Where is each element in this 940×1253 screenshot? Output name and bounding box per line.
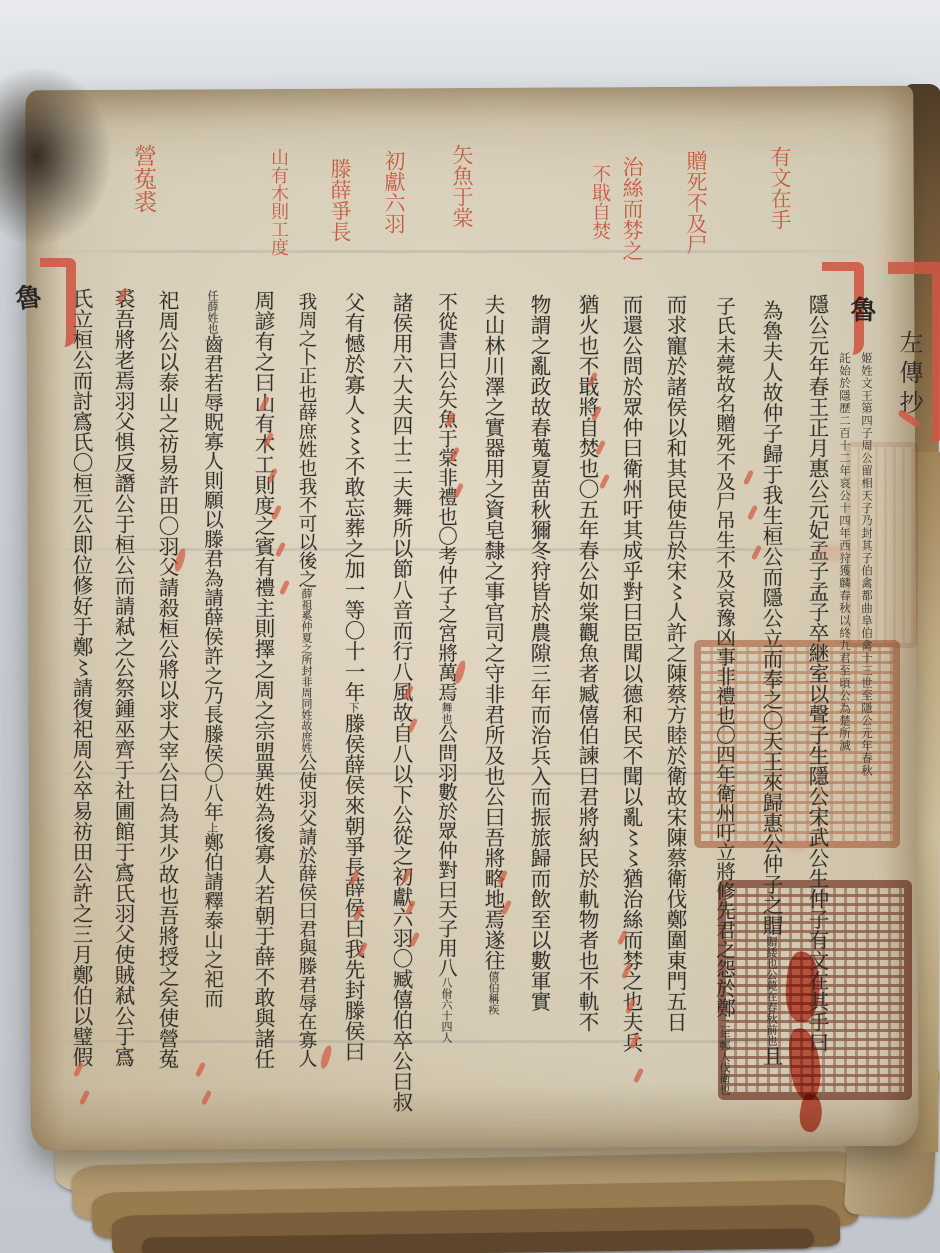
red-header: 贈死不及尸	[684, 150, 707, 255]
state-label-lu-right: 魯	[843, 296, 880, 322]
manuscript-column: 物謂之亂政故春蒐夏苗秋獮冬狩皆於農隙三年而治兵入而振旅歸而飲至以數軍實	[528, 294, 550, 1012]
faint-orange-seal-trace	[846, 442, 908, 638]
red-header: 營菟裘	[128, 144, 158, 213]
red-header: 滕薛爭長	[328, 158, 351, 242]
manuscript-column: 為魯夫人故仲子歸于我生桓公而隱公立而奉之〇天王來歸惠公仲子之賵賵緌也公薨在春秋前…	[760, 300, 782, 1066]
manuscript-column: 我周之卜正也薛庶姓也我不可以後之薛祖奚仲夏之所封非周同姓故庶姓公使羽父請於薛侯曰…	[296, 292, 316, 1068]
manuscript-column: 猶火也不戢將自焚也〇五年春公如棠觀魚者臧僖伯諫曰君將納民於軌物者也不軌不	[576, 294, 598, 1032]
red-ink-smudge	[786, 838, 808, 852]
state-label-lu-left: 魯	[7, 282, 47, 312]
manuscript-column: 不從書曰公矢魚于棠非禮也〇考仲子之宮將萬焉舞也公問羽數於眾仲對曰天子用八八佾六十…	[436, 292, 457, 1043]
manuscript-column: 祀周公以泰山之祊易許田〇羽父請殺桓公將以求大宰公曰為其少故也吾將授之矣使營菟	[156, 290, 178, 1069]
manuscript-column: 裘吾將老焉羽父惧反譖公于桓公而請弒之公祭鍾巫齊于社圃館于寪氏羽父使賊弒公于寪	[112, 288, 134, 1067]
manuscript-column: 而求寵於諸侯以和其民使告於宋〻人許之陳蔡方睦於衛故宋陳蔡衛伐鄭圍東門五日	[664, 294, 686, 1032]
manuscript-column: 隱公元年春王正月惠公元妃孟子孟子卒継室以聲子生隱公宋武公生仲子有文在其手曰	[806, 294, 828, 1053]
page-corner-shadow	[0, 66, 112, 246]
red-header: 有文在手	[768, 146, 791, 230]
red-header: 山有木則工度	[268, 148, 288, 256]
red-header: 初獻六羽	[382, 150, 405, 234]
manuscript-column: 任薛姓也齒君若辱貺寡人則願以滕君為請薛侯許之乃長滕侯〇八年上鄭伯請釋泰山之祀而	[202, 290, 223, 1008]
manuscript-column: 子氏未薨故名贈死不及尸吊生不及哀豫凶事非禮也〇四年衛州吁立將修先君之怨於鄭二年鄭…	[714, 296, 735, 1095]
manuscript-column: 夫山林川澤之實器用之資皂隸之事官司之守非君所及也公曰吾將略地焉遂往僖伯稱疾	[482, 294, 504, 1015]
red-ink-smudge	[816, 544, 846, 562]
manuscript-column: 諸侯用六大夫四士二夫舞所以節八音而行八風故自八以下公從之初獻六羽〇臧僖伯卒公曰叔	[390, 292, 412, 1112]
red-header: 不戢自焚	[588, 164, 611, 240]
manuscript-column: 氏立桓公而討寪氏〇桓元公即位修好于鄭〻請復祀周公卒易祊田公許之三月鄭伯以璧假	[70, 288, 92, 1067]
interlinear-annotation: 姬姓文王第四子周公留相天子乃封其子伯禽都曲阜伯禽十三世至隱公元年春秋	[858, 352, 875, 777]
paper-crease	[36, 250, 882, 253]
red-header: 矢魚于棠	[450, 144, 473, 228]
red-header: 治絲而棼之	[620, 156, 643, 261]
photo-scene: 有文在手 贈死不及尸 治絲而棼之 不戢自焚 矢魚于棠 初獻六羽 滕薛爭長 山有木…	[0, 0, 940, 1253]
red-bracket-mark	[888, 262, 940, 442]
